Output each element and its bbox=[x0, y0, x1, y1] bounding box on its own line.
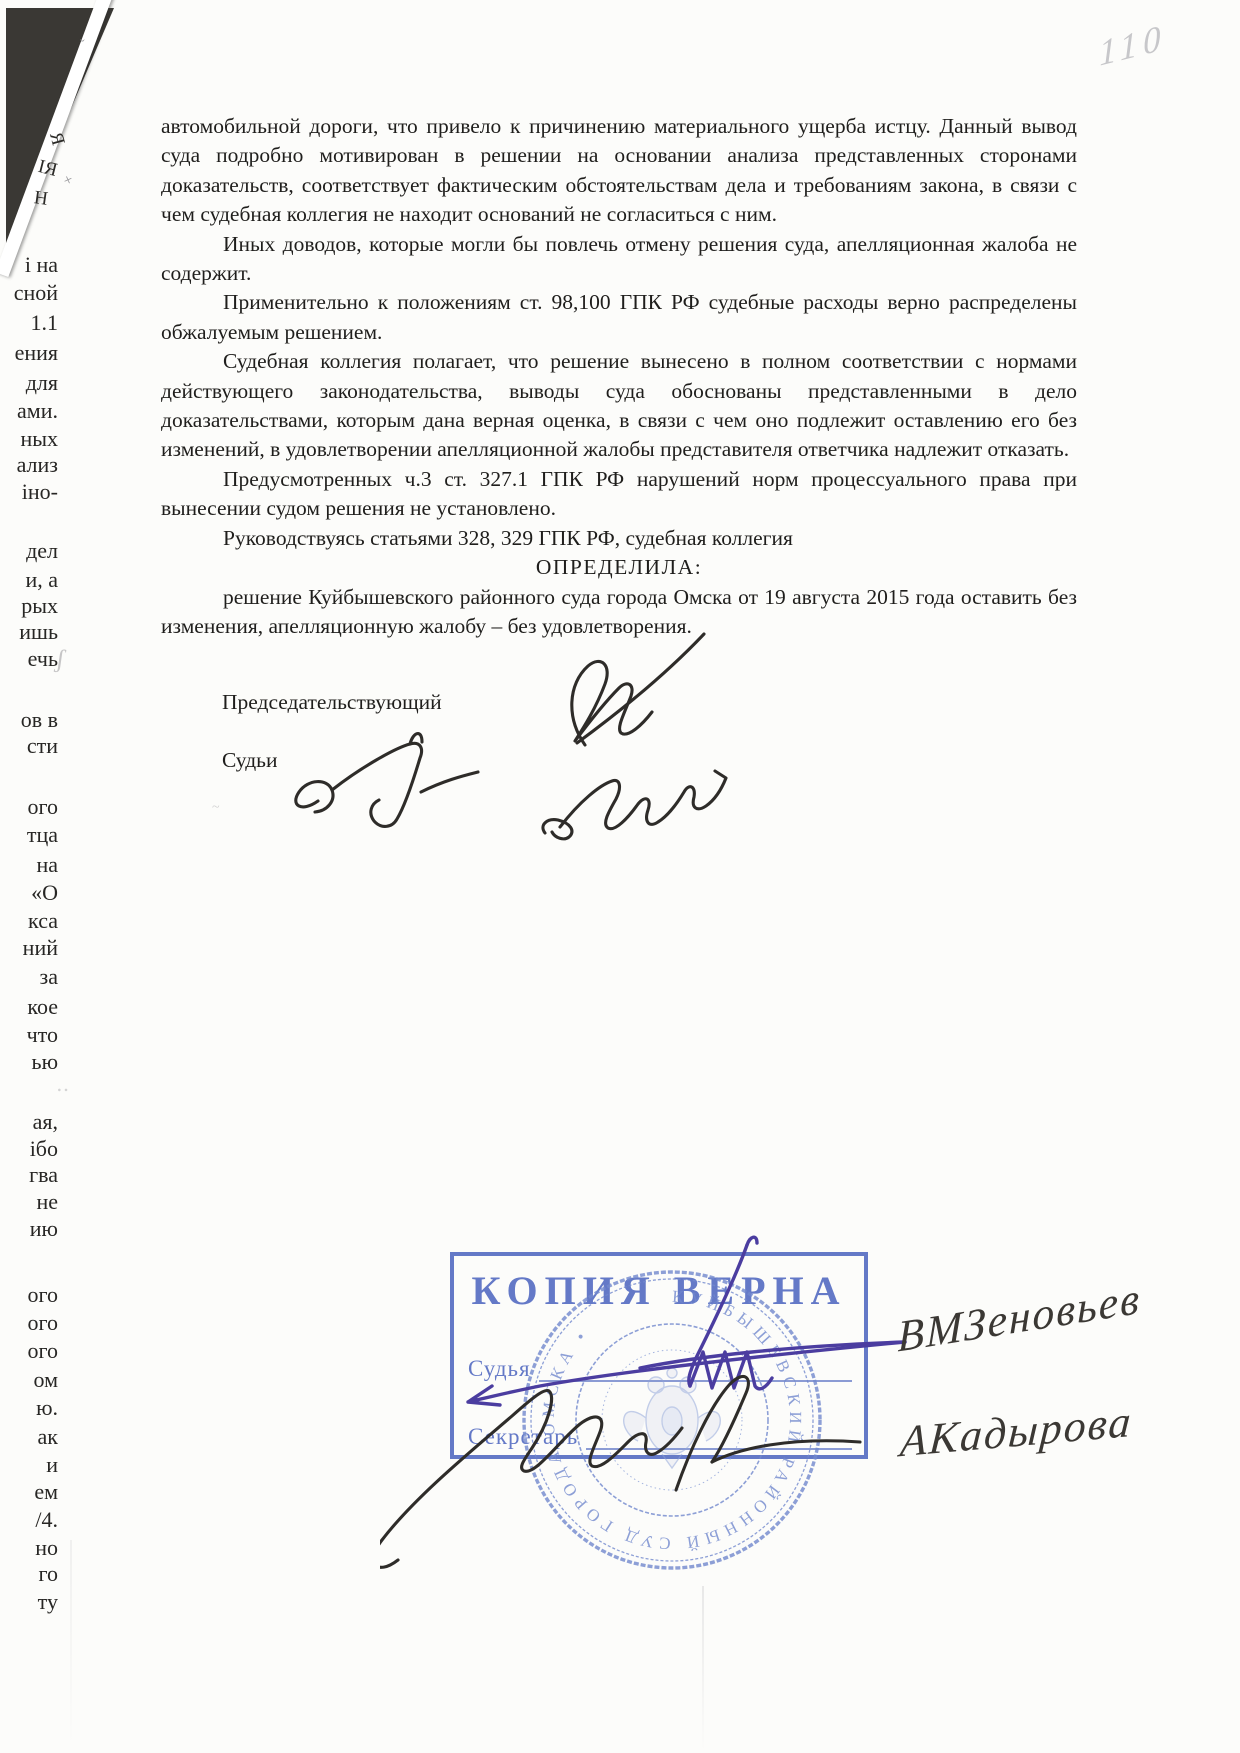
smudge-mark: ‥ bbox=[56, 1072, 69, 1097]
margin-fragment: для bbox=[0, 371, 58, 395]
presiding-judge-label: Председательствующий bbox=[222, 690, 442, 715]
margin-fragment: дел bbox=[0, 539, 58, 563]
margin-fragment: ю. bbox=[0, 1396, 58, 1420]
paragraph: Иных доводов, которые могли бы повлечь о… bbox=[161, 230, 1077, 289]
margin-column: і насной1.1ениядляами.ныхализіно-дели, а… bbox=[0, 0, 60, 1753]
margin-fragment: тца bbox=[0, 823, 58, 847]
margin-fragment: ний bbox=[0, 936, 58, 960]
signature-judge-2 bbox=[530, 758, 730, 850]
margin-fragment: и bbox=[0, 1453, 58, 1477]
margin-fragment: ая, bbox=[0, 1110, 58, 1134]
margin-fragment: и, а bbox=[0, 568, 58, 592]
margin-fragment: ализ bbox=[0, 453, 58, 477]
margin-fragment: не bbox=[0, 1190, 58, 1214]
margin-fragment: сной bbox=[0, 281, 58, 305]
margin-fragment: гва bbox=[0, 1163, 58, 1187]
margin-fragment: но bbox=[0, 1536, 58, 1560]
margin-fragment: на bbox=[0, 853, 58, 877]
body-text: автомобильной дороги, что привело к прич… bbox=[161, 112, 1077, 641]
margin-fragment: 1.1 bbox=[0, 311, 58, 335]
judges-label: Судьи bbox=[222, 748, 277, 773]
margin-fragment: ения bbox=[0, 341, 58, 365]
margin-fragment: что bbox=[0, 1023, 58, 1047]
margin-fragment: ого bbox=[0, 1339, 58, 1363]
margin-fragment: ечь bbox=[0, 647, 58, 671]
margin-fragment: ных bbox=[0, 427, 58, 451]
margin-fragment: ого bbox=[0, 1283, 58, 1307]
paragraph: Судебная коллегия полагает, что решение … bbox=[161, 347, 1077, 465]
margin-fragment: ак bbox=[0, 1425, 58, 1449]
margin-fragment: ту bbox=[0, 1590, 58, 1614]
signature-presiding-judge bbox=[540, 608, 740, 758]
margin-fragment: іно- bbox=[0, 480, 58, 504]
margin-fragment: рых bbox=[0, 594, 58, 618]
margin-fragment: за bbox=[0, 965, 58, 989]
margin-fragment: сти bbox=[0, 734, 58, 758]
paragraph: Применительно к положениям ст. 98,100 ГП… bbox=[161, 288, 1077, 347]
margin-fragment: кое bbox=[0, 995, 58, 1019]
margin-fragment: ов в bbox=[0, 708, 58, 732]
handwritten-secretary-name: АКадырова bbox=[899, 1396, 1135, 1468]
margin-fragment: і на bbox=[0, 253, 58, 277]
handwritten-judge-name: ВМЗеновьев bbox=[898, 1272, 1141, 1362]
margin-fragment: ишь bbox=[0, 620, 58, 644]
handwritten-page-number: 110 bbox=[1098, 15, 1167, 75]
pencil-mark: ˇ bbox=[80, 38, 85, 54]
stamp-secretary-signature bbox=[380, 1370, 880, 1580]
paragraph: Предусмотренных ч.3 ст. 327.1 ГПК РФ нар… bbox=[161, 465, 1077, 524]
resolution-heading: ОПРЕДЕЛИЛА: bbox=[161, 553, 1077, 582]
pencil-mark: + bbox=[61, 171, 77, 191]
margin-fragment: ами. bbox=[0, 399, 58, 423]
margin-fragment: ью bbox=[0, 1050, 58, 1074]
smudge-mark: ~ bbox=[212, 800, 220, 816]
margin-fragment: кса bbox=[0, 909, 58, 933]
fold-crease bbox=[702, 1586, 704, 1753]
margin-fragment: ого bbox=[0, 1311, 58, 1335]
paragraph: автомобильной дороги, что привело к прич… bbox=[161, 112, 1077, 230]
margin-fragment: ию bbox=[0, 1217, 58, 1241]
margin-fragment: ем bbox=[0, 1480, 58, 1504]
margin-fragment: го bbox=[0, 1562, 58, 1586]
scanned-court-document-page: Я ІЯ Н + ˇ 110 і насной1.1ениядляами.ных… bbox=[0, 0, 1240, 1753]
margin-fragment: «О bbox=[0, 881, 58, 905]
margin-fragment: /4. bbox=[0, 1508, 58, 1532]
paragraph: Руководствуясь статьями 328, 329 ГПК РФ,… bbox=[161, 524, 1077, 553]
margin-fragment: ібо bbox=[0, 1137, 58, 1161]
signature-judge-1 bbox=[288, 728, 560, 840]
margin-fragment: ого bbox=[0, 795, 58, 819]
fold-crease bbox=[70, 1540, 72, 1750]
margin-fragment: ом bbox=[0, 1368, 58, 1392]
